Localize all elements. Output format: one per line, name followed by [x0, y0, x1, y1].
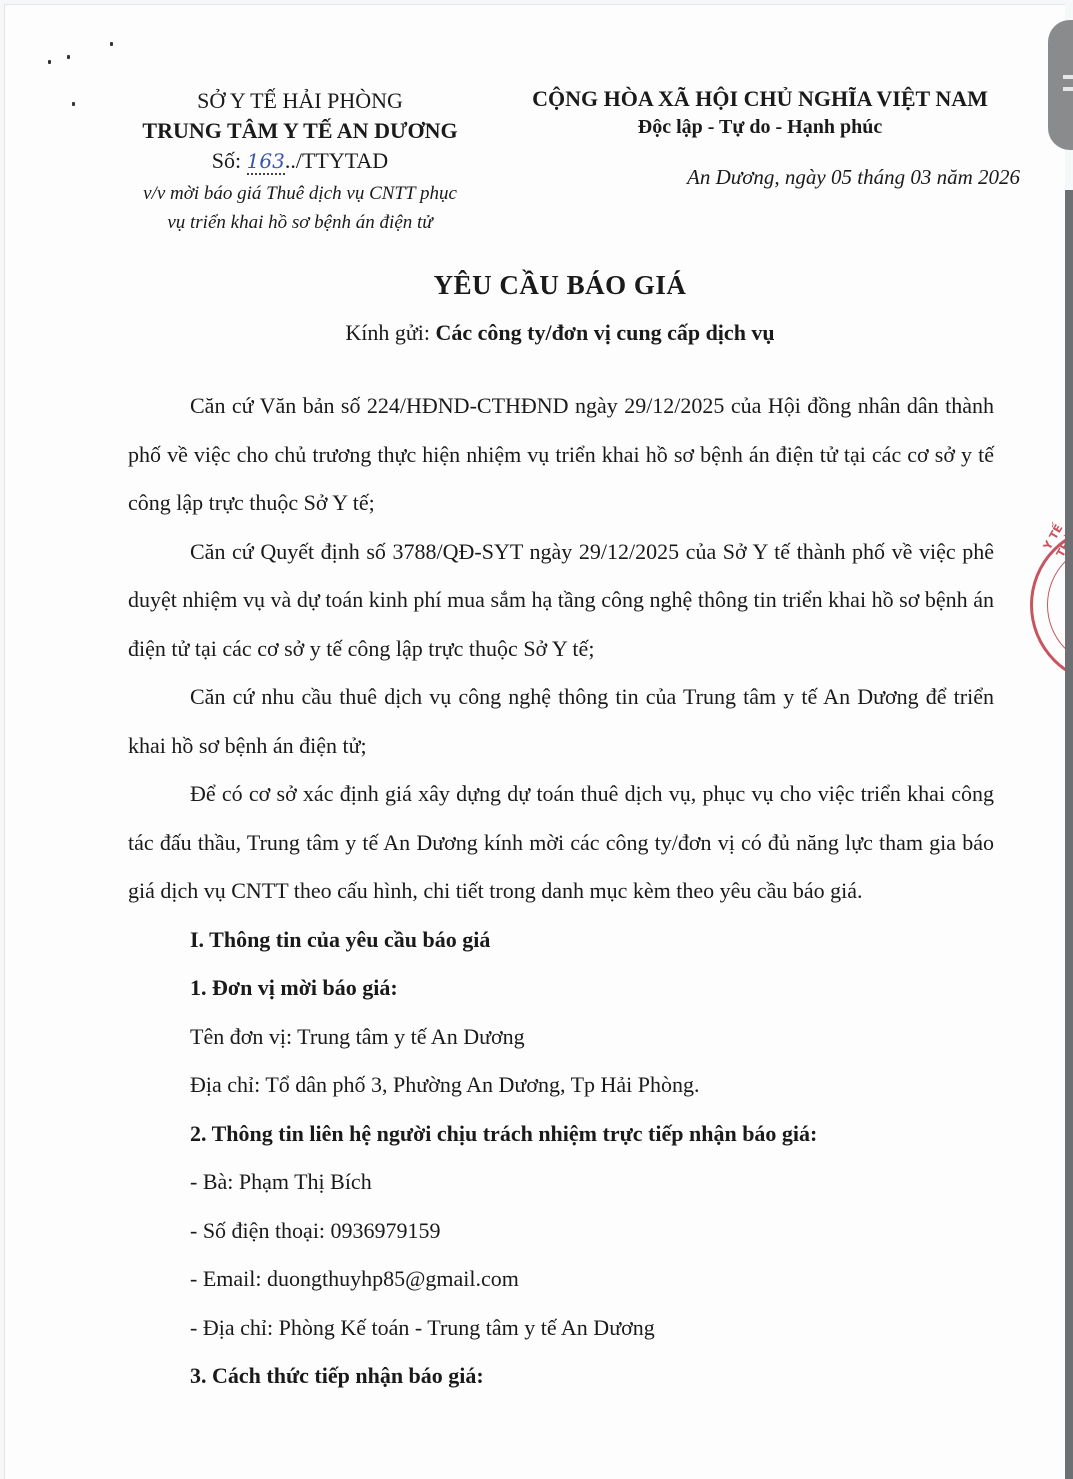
handle-grip-icon [1063, 87, 1073, 91]
viewer-scrollbar-track[interactable] [1065, 190, 1073, 1479]
subject-line: v/v mời báo giá Thuê dịch vụ CNTT phục v… [100, 179, 500, 237]
recipient-label: Kính gửi: [345, 320, 435, 345]
subsection-heading-3: 3. Cách thức tiếp nhận báo giá: [128, 1352, 994, 1401]
subsection-heading-2: 2. Thông tin liên hệ người chịu trách nh… [128, 1110, 994, 1159]
contact-phone: - Số điện thoại: 0936979159 [128, 1207, 994, 1256]
ministry-name: SỞ Y TẾ HẢI PHÒNG [100, 86, 500, 116]
recipient-line: Kính gửi: Các công ty/đơn vị cung cấp dị… [100, 320, 1020, 346]
contact-address: - Địa chỉ: Phòng Kế toán - Trung tâm y t… [128, 1304, 994, 1353]
issuer-block: SỞ Y TẾ HẢI PHÒNG TRUNG TÂM Y TẾ AN DƯƠN… [100, 86, 500, 237]
section-heading-1: I. Thông tin của yêu cầu báo giá [128, 916, 994, 965]
handle-grip-icon [1063, 75, 1073, 79]
side-panel-handle[interactable] [1048, 20, 1073, 150]
document-title: YÊU CẦU BÁO GIÁ [100, 270, 1020, 301]
organization-name: TRUNG TÂM Y TẾ AN DƯƠNG [100, 116, 500, 146]
paragraph-legal-basis-2: Căn cứ Quyết định số 3788/QĐ-SYT ngày 29… [128, 528, 994, 674]
country-name: CỘNG HÒA XÃ HỘI CHỦ NGHĨA VIỆT NAM [500, 84, 1020, 113]
document-body: Căn cứ Văn bản số 224/HĐND-CTHĐND ngày 2… [128, 382, 994, 1401]
handwritten-number: 163 [247, 149, 285, 175]
recipient-value: Các công ty/đơn vị cung cấp dịch vụ [435, 320, 774, 345]
national-header: CỘNG HÒA XÃ HỘI CHỦ NGHĨA VIỆT NAM Độc l… [500, 84, 1020, 142]
contact-email[interactable]: - Email: duongthuyhp85@gmail.com [128, 1255, 994, 1304]
unit-name: Tên đơn vị: Trung tâm y tế An Dương [128, 1013, 994, 1062]
date-line: An Dương, ngày 05 tháng 03 năm 2026 [560, 165, 1020, 190]
contact-name: - Bà: Phạm Thị Bích [128, 1158, 994, 1207]
document-number: Số: 163../TTYTAD [100, 146, 500, 176]
subject-line-1: v/v mời báo giá Thuê dịch vụ CNTT phục [100, 179, 500, 208]
subsection-heading-1: 1. Đơn vị mời báo giá: [128, 964, 994, 1013]
subject-line-2: vụ triển khai hồ sơ bệnh án điện tử [100, 208, 500, 237]
paragraph-legal-basis-3: Căn cứ nhu cầu thuê dịch vụ công nghệ th… [128, 673, 994, 770]
unit-address: Địa chỉ: Tổ dân phố 3, Phường An Dương, … [128, 1061, 994, 1110]
paragraph-legal-basis-1: Căn cứ Văn bản số 224/HĐND-CTHĐND ngày 2… [128, 382, 994, 528]
national-motto: Độc lập - Tự do - Hạnh phúc [500, 113, 1020, 142]
doc-number-prefix: Số: [212, 148, 247, 173]
doc-number-suffix: ../TTYTAD [285, 148, 388, 173]
paragraph-invitation: Để có cơ sở xác định giá xây dựng dự toá… [128, 770, 994, 916]
